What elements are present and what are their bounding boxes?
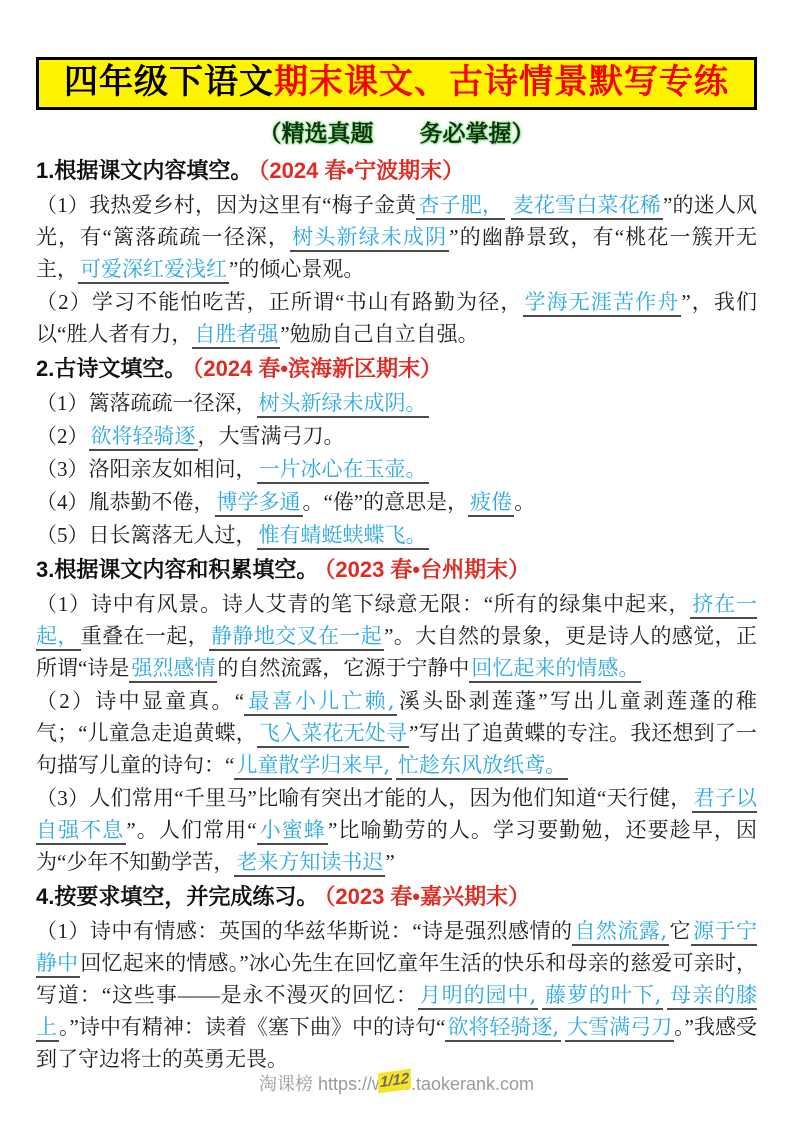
answer-text: 惟有蜻蜓蛱蝶飞。 (257, 523, 429, 550)
body-text: （2）学习不能怕吃苦，正所谓“书山有路勤为径， (36, 290, 523, 314)
section-title: 3.根据课文内容和积累填空。 (36, 557, 318, 582)
answer-text: 一片冰心在玉壶。 (257, 457, 429, 484)
body-text: （2）诗中显童真。“ (36, 689, 244, 713)
body-text: （4）胤恭勤不倦， (36, 490, 215, 514)
section-source: （2023 春•嘉兴期末） (324, 884, 530, 909)
body-text: （3）人们常用“千里马”比喻有突出才能的人，因为他们知道“天行健， (36, 786, 692, 810)
answer-text: 树头新绿未成阴 (290, 225, 449, 252)
body-text: （1）篱落疏疏一径深， (36, 391, 257, 415)
subtitle-note: （精选真题 务必掌握） (0, 115, 793, 148)
answer-text: 小蜜蜂 (257, 818, 328, 845)
answer-text: 博学多通 (215, 490, 303, 517)
section-heading: 2.古诗文填空。（2024 春•滨海新区期末） (36, 352, 757, 386)
section-title: 2.古诗文填空。 (36, 356, 186, 381)
paragraph: （1）我热爱乡村，因为这里有“梅子金黄杏子肥， 麦花雪白菜花稀”的迷人风光，有“… (36, 189, 757, 285)
body-text: 。“倦”的意思是， (303, 490, 469, 514)
section-source: （2024 春•滨海新区期末） (192, 356, 442, 381)
body-text: 重叠在一起， (81, 624, 209, 648)
answer-text: 月明的园中, (418, 983, 538, 1010)
footer: 淘课榜 https://www1/12.taokerank.com (0, 1070, 793, 1096)
body-text: ”。人们常用“ (126, 818, 256, 842)
answer-text: 自胜者强 (192, 322, 280, 349)
answer-text: 藤萝的叶下, (542, 983, 663, 1010)
answer-text: 自然流露, (572, 919, 669, 946)
section-title: 1.根据课文内容填空。 (36, 158, 252, 183)
body-text: 它 (669, 919, 691, 943)
body-text: （1）诗中有情感：英国的华兹华斯说：“诗是强烈感情的 (36, 919, 572, 943)
body-text: ”勉励自己自立自强。 (280, 322, 478, 346)
section-heading: 3.根据课文内容和积累填空。（2023 春•台州期末） (36, 553, 757, 587)
body-text: ，大雪满弓刀。 (198, 424, 345, 448)
paragraph: （1）诗中有情感：英国的华兹华斯说：“诗是强烈感情的自然流露,它源于宁静中回忆起… (36, 915, 757, 1075)
sections: 1.根据课文内容填空。（2024 春•宁波期末）（1）我热爱乡村，因为这里有“梅… (36, 154, 757, 1075)
answer-text: 树头新绿未成阴。 (257, 391, 429, 418)
answer-text: 疲倦 (468, 490, 514, 517)
banner-topic-text: 期末课文、古诗情景默写专练 (274, 63, 729, 101)
paragraph: （5）日长篱落无人过，惟有蜻蜓蛱蝶飞。 (36, 519, 757, 551)
answer-text: 麦花雪白菜花稀 (511, 193, 663, 220)
section-heading: 4.按要求填空，并完成练习。（2023 春•嘉兴期末） (36, 880, 757, 914)
answer-text: 大雪满弓刀 (565, 1015, 674, 1042)
section-heading: 1.根据课文内容填空。（2024 春•宁波期末） (36, 154, 757, 188)
answer-text: 最喜小儿亡赖, (244, 689, 396, 716)
paragraph: （1）篱落疏疏一径深，树头新绿未成阴。 (36, 387, 757, 419)
footer-site-prefix: 淘课榜 https://w (259, 1074, 385, 1094)
paragraph: （2）学习不能怕吃苦，正所谓“书山有路勤为径，学海无涯苦作舟”，我们以“胜人者有… (36, 286, 757, 350)
answer-text: 杏子肥， (416, 193, 505, 220)
answer-text: 忙趁东风放纸鸢。 (396, 753, 568, 780)
body-text: （1）诗中有风景。诗人艾青的笔下绿意无限：“所有的绿集中起来， (36, 592, 690, 616)
body-text: 。 (514, 490, 535, 514)
paragraph: （2）诗中显童真。“最喜小儿亡赖,溪头卧剥莲蓬”写出儿童剥莲蓬的稚气；“儿童急走… (36, 685, 757, 781)
answer-text: 静静地交叉在一起 (209, 624, 384, 651)
answer-text: 老来方知读书迟 (234, 850, 385, 877)
section-source: （2023 春•台州期末） (324, 557, 530, 582)
answer-text: 回忆起来的情感。 (469, 656, 641, 683)
paragraph: （3）洛阳亲友如相问，一片冰心在玉壶。 (36, 453, 757, 485)
body-text: （3）洛阳亲友如相问， (36, 457, 257, 481)
body-text: ” (385, 850, 394, 874)
body-text: （5）日长篱落无人过， (36, 523, 257, 547)
answer-text: 强烈感情 (129, 656, 217, 683)
answer-text: 儿童散学归来早, (234, 753, 392, 780)
answer-text: 学海无涯苦作舟 (523, 290, 682, 317)
body-text: （1）我热爱乡村，因为这里有“梅子金黄 (36, 193, 416, 217)
footer-www: ww1/12 (385, 1074, 411, 1095)
answer-text: 可爱深红爱浅红 (78, 257, 229, 284)
answer-text: 欲将轻骑逐 (89, 424, 198, 451)
body-text: ”的倾心景观。 (229, 257, 364, 281)
answer-text: 飞入菜花无处寻 (257, 721, 409, 748)
title-banner: 四年级下语文期末课文、古诗情景默写专练 (36, 57, 757, 110)
section-source: （2024 春•宁波期末） (258, 158, 464, 183)
body-text: （2） (36, 424, 89, 448)
footer-site-suffix: .taokerank.com (411, 1074, 534, 1094)
body-text (505, 193, 510, 217)
banner-grade-text: 四年级下语文 (64, 63, 274, 101)
paragraph: （4）胤恭勤不倦，博学多通。“倦”的意思是，疲倦。 (36, 486, 757, 518)
answer-text: 欲将轻骑逐, (445, 1015, 561, 1042)
worksheet-page: 四年级下语文期末课文、古诗情景默写专练 （精选真题 务必掌握） 1.根据课文内容… (0, 0, 793, 1122)
section-title: 4.按要求填空，并完成练习。 (36, 884, 318, 909)
paragraph: （3）人们常用“千里马”比喻有突出才能的人，因为他们知道“天行健，君子以自强不息… (36, 782, 757, 878)
body-text: 的自然流露，它源于宁静中 (217, 656, 469, 680)
paragraph: （1）诗中有风景。诗人艾青的笔下绿意无限：“所有的绿集中起来，挤在一起，重叠在一… (36, 588, 757, 684)
paragraph: （2）欲将轻骑逐，大雪满弓刀。 (36, 420, 757, 452)
body-text: 。”诗中有精神：读着《塞下曲》中的诗句“ (59, 1015, 445, 1039)
